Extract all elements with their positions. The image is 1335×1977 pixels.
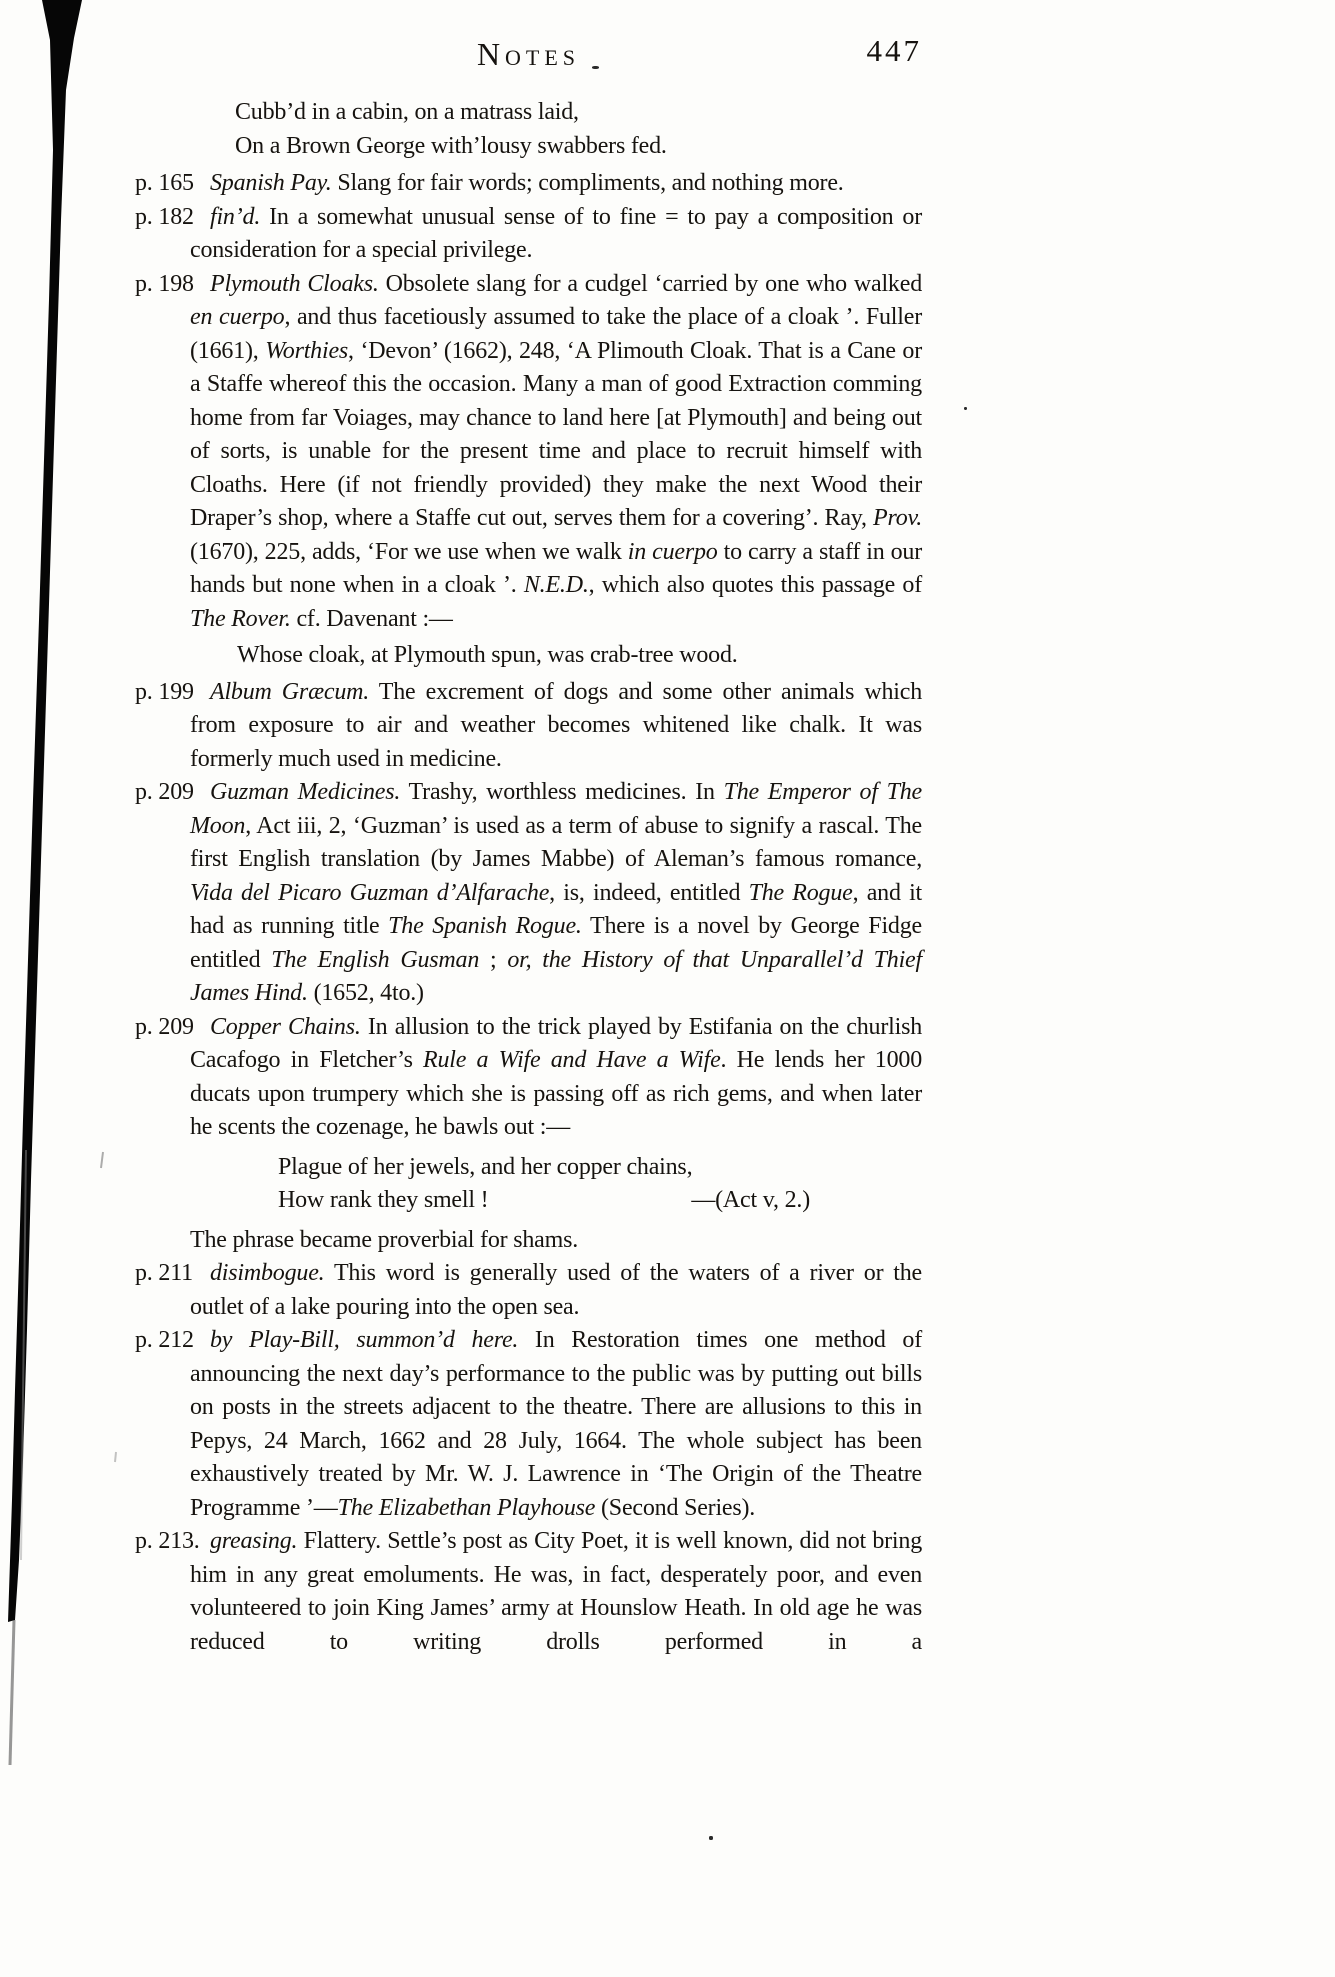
note-page-label: p. 211 (135, 1257, 193, 1291)
note-entry: p. 198Plymouth Cloaks. Obsolete slang fo… (135, 268, 922, 673)
note-term-italic: Plymouth Cloaks. (210, 271, 379, 297)
note-text-run: ; (479, 947, 507, 973)
note-term-italic: The Elizabethan Playhouse (338, 1495, 596, 1521)
note-text-run: cf. Davenant :— (291, 606, 453, 632)
note-entry: p. 182fin’d. In a somewhat unusual sense… (135, 201, 922, 268)
verse-text: Whose cloak, at Plymouth spun, was crab-… (237, 642, 738, 668)
verse-attribution: —(Act v, 2.) (691, 1184, 810, 1218)
ink-speck (964, 407, 967, 410)
note-term-italic: by Play-Bill, summon’d here. (210, 1327, 518, 1353)
page-content: Notes 447 Cubb’d in a cabin, on a matras… (135, 36, 922, 1659)
ink-speck (709, 1836, 713, 1840)
note-text: Album Græcum. The excrement of dogs and … (190, 676, 922, 777)
note-text-run: Flattery. Settle’s post as City Poet, it… (190, 1528, 922, 1655)
note-text-run: (1670), 225, adds, ‘For we use when we w… (190, 539, 628, 565)
note-page-label: p. 165 (135, 167, 194, 201)
note-text-run: (Second Series). (595, 1495, 755, 1521)
note-term-italic: Prov. (873, 505, 922, 531)
note-term-italic: fin’d. (210, 204, 260, 230)
note-text: Plymouth Cloaks. Obsolete slang for a cu… (190, 268, 922, 637)
note-term-italic: in cuerpo (628, 539, 718, 565)
note-term-italic: Spanish Pay. (210, 170, 332, 196)
note-text-run: , Act iii, 2, ‘Guzman’ is used as a term… (190, 813, 922, 873)
page-header: Notes 447 (135, 36, 922, 96)
note-term-italic: Rule a Wife and Have a Wife (423, 1047, 721, 1073)
note-entry: p. 213.greasing. Flattery. Settle’s post… (135, 1525, 922, 1659)
epigraph-line: On a Brown George with’lousy swabbers fe… (235, 130, 922, 164)
note-text: Copper Chains. In allusion to the trick … (190, 1011, 922, 1145)
note-text: The phrase became proverbial for shams. (190, 1224, 922, 1258)
note-page-label: p. 199 (135, 676, 194, 710)
note-entry: p. 209Guzman Medicines. Trashy, worthles… (135, 776, 922, 1011)
note-text: by Play-Bill, summon’d here. In Restorat… (190, 1324, 922, 1525)
note-term-italic: N.E.D. (524, 572, 589, 598)
verse-line: Whose cloak, at Plymouth spun, was crab-… (237, 639, 922, 673)
note-text-run: The phrase became proverbial for shams. (190, 1227, 578, 1253)
page-title: Notes (477, 36, 580, 72)
note-term-italic: The Spanish Rogue. (388, 913, 582, 939)
note-term-italic: Copper Chains. (210, 1014, 361, 1040)
notes-list: p. 165Spanish Pay. Slang for fair words;… (135, 167, 922, 1659)
note-term-italic: disimbogue. (210, 1260, 324, 1286)
note-text: Spanish Pay. Slang for fair words; compl… (190, 167, 922, 201)
note-page-label: p. 209 (135, 776, 194, 810)
note-text-run: , which also quotes this passage of (589, 572, 922, 598)
epigraph-verse: Cubb’d in a cabin, on a matrass laid, On… (235, 96, 922, 163)
note-term-italic: greasing. (210, 1528, 297, 1554)
note-text: fin’d. In a somewhat unusual sense of to… (190, 201, 922, 268)
note-term-italic: The English Gusman (271, 947, 479, 973)
note-text-run: In a somewhat unusual sense of to fine =… (190, 204, 922, 264)
note-text-run: , is, indeed, entitled (549, 880, 748, 906)
note-text-run: (1652, 4to.) (308, 980, 424, 1006)
note-page-label: p. 212 (135, 1324, 194, 1358)
note-text-run: Obsolete slang for a cudgel ‘carried by … (379, 271, 922, 297)
verse-line: How rank they smell !—(Act v, 2.) (278, 1184, 810, 1218)
note-term-italic: Album Græcum. (210, 679, 369, 705)
note-term-italic: Vida del Picaro Guzman d’Alfarache (190, 880, 549, 906)
note-entry: p. 212by Play-Bill, summon’d here. In Re… (135, 1324, 922, 1525)
note-term-italic: The Rover. (190, 606, 291, 632)
note-term-italic: The Rogue (749, 880, 853, 906)
note-term-italic: Guzman Medicines. (210, 779, 400, 805)
verse-line: Plague of her jewels, and her copper cha… (278, 1151, 922, 1185)
note-term-italic: Worthies (265, 338, 348, 364)
note-text-run: In Restoration times one method of annou… (190, 1327, 922, 1521)
note-text: greasing. Flattery. Settle’s post as Cit… (190, 1525, 922, 1659)
note-text-run: Trashy, worthless medicines. In (400, 779, 723, 805)
verse-text: Plague of her jewels, and her copper cha… (278, 1154, 692, 1180)
note-quotation: Whose cloak, at Plymouth spun, was crab-… (237, 639, 922, 673)
verse-text: How rank they smell ! (278, 1184, 488, 1218)
note-term-italic: en cuerpo (190, 304, 284, 330)
note-entry: p. 199Album Græcum. The excrement of dog… (135, 676, 922, 777)
note-text: disimbogue. This word is generally used … (190, 1257, 922, 1324)
note-text: Guzman Medicines. Trashy, worthless medi… (190, 776, 922, 1011)
epigraph-line: Cubb’d in a cabin, on a matrass laid, (235, 96, 922, 130)
note-page-label: p. 198 (135, 268, 194, 302)
scanned-book-page: { "colors": { "ink": "#16130f", "paper":… (0, 0, 1335, 1977)
note-page-label: p. 209 (135, 1011, 194, 1045)
note-entry: p. 211disimbogue. This word is generally… (135, 1257, 922, 1324)
note-page-label: p. 182 (135, 201, 194, 235)
note-entry: p. 209Copper Chains. In allusion to the … (135, 1011, 922, 1258)
note-quotation: Plague of her jewels, and her copper cha… (278, 1151, 922, 1218)
note-page-label: p. 213. (135, 1525, 200, 1559)
note-text-run: Slang for fair words; compliments, and n… (332, 170, 844, 196)
note-entry: p. 165Spanish Pay. Slang for fair words;… (135, 167, 922, 201)
note-text-run: , ‘Devon’ (1662), 248, ‘A Plimouth Cloak… (190, 338, 922, 532)
page-number: 447 (867, 34, 923, 68)
